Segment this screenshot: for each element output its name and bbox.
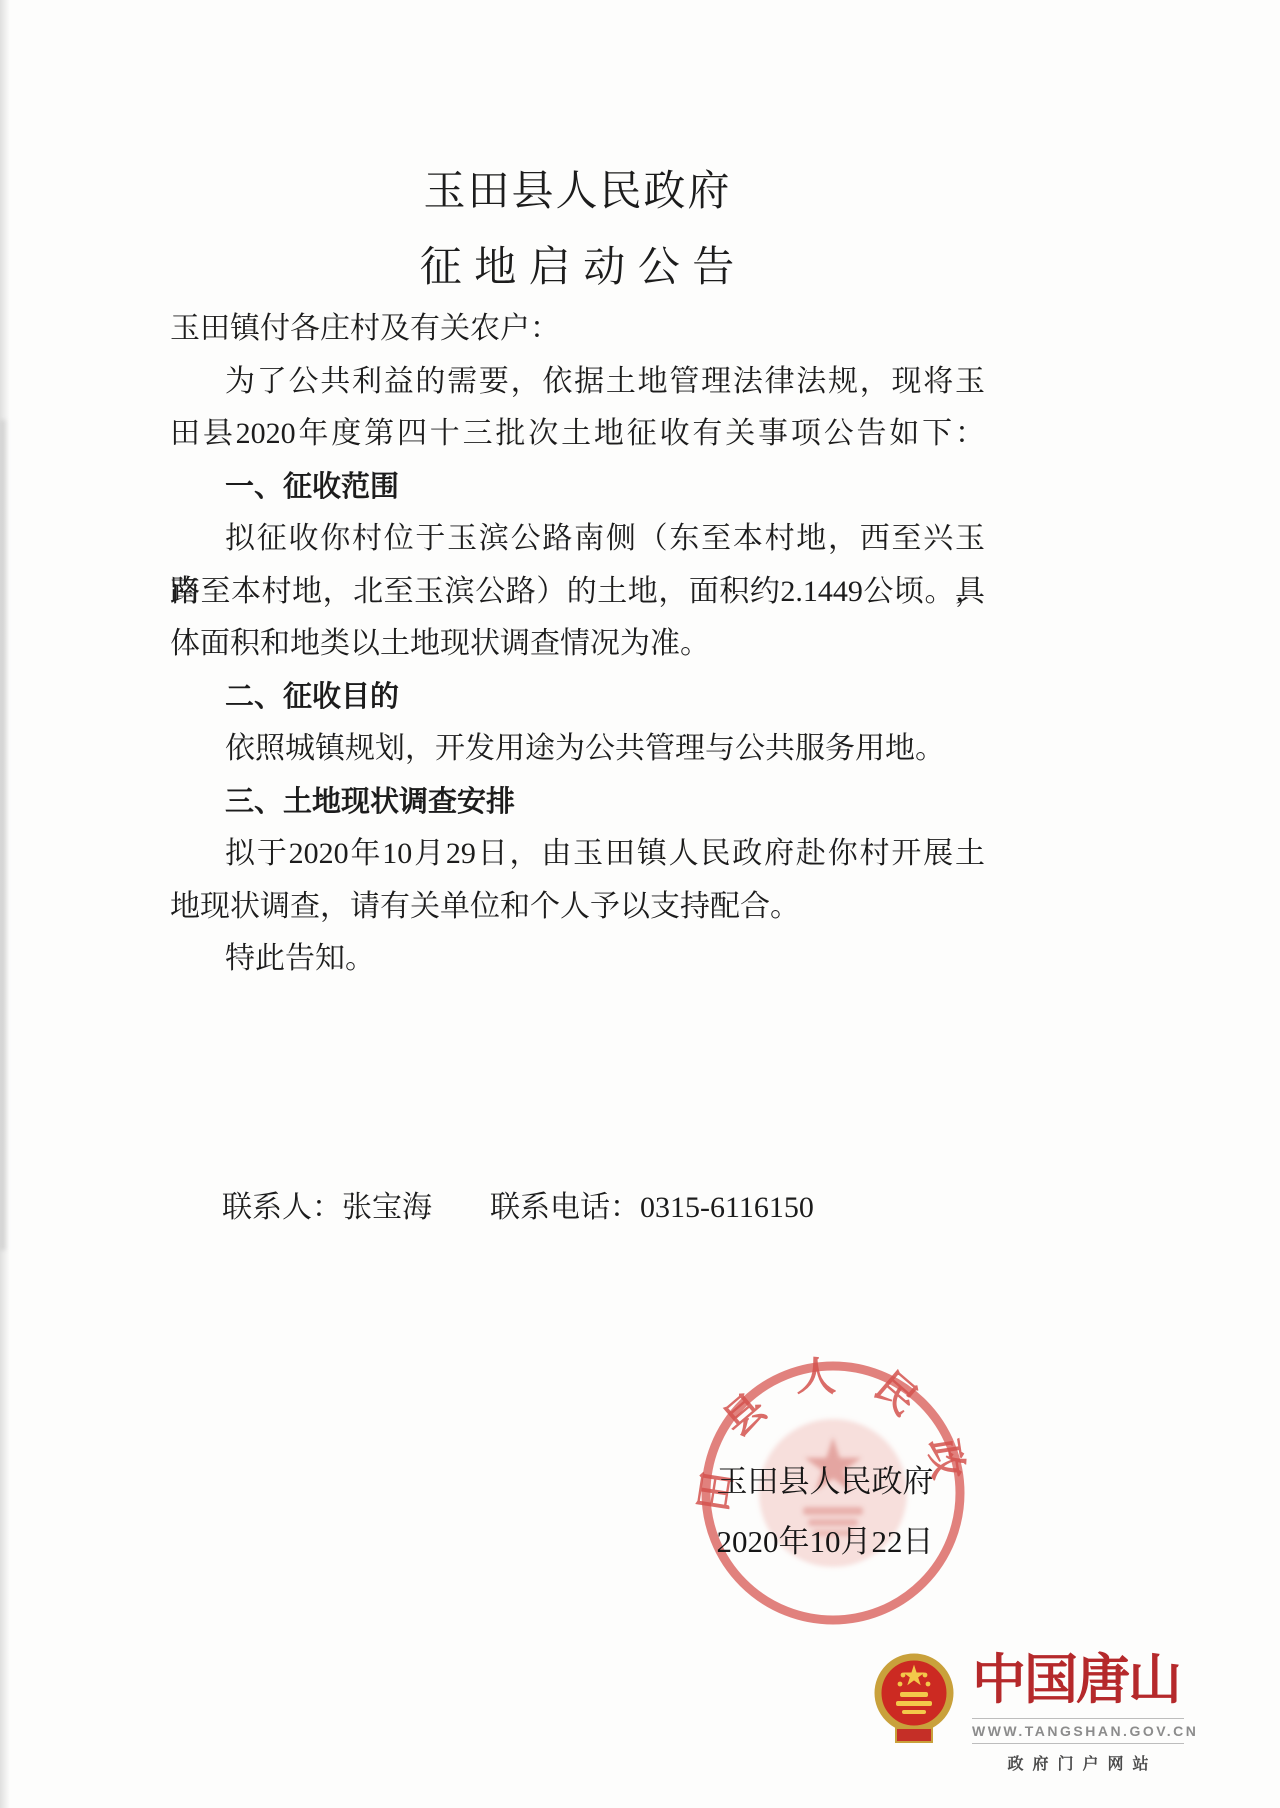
body-line: 二、征收目的 <box>170 671 985 724</box>
footer-brand-name: 中国唐山 <box>972 1650 1184 1710</box>
body-line: 拟于2020年10月29日，由玉田镇人民政府赴你村开展土 <box>170 828 985 881</box>
site-footer-brand: 中国唐山 WWW.TANGSHAN.GOV.CN 政府门户网站 <box>872 1650 1184 1774</box>
signature-date: 2020年10月22日 <box>700 1512 950 1572</box>
announcement-body: 玉田镇付各庄村及有关农户：为了公共利益的需要，依据土地管理法律法规，现将玉田县2… <box>170 303 985 986</box>
body-line: 玉田镇付各庄村及有关农户： <box>170 303 985 356</box>
footer-text-block: 中国唐山 WWW.TANGSHAN.GOV.CN 政府门户网站 <box>972 1650 1184 1774</box>
issuer-title: 玉田县人民政府 <box>170 158 985 218</box>
scanned-announcement-page: 玉田县人民政府 征 地 启 动 公 告 玉田镇付各庄村及有关农户：为了公共利益的… <box>0 0 1280 1808</box>
contact-person-label: 联系人： <box>222 1191 342 1224</box>
body-line: 田县2020年度第四十三批次土地征收有关事项公告如下： <box>170 408 985 461</box>
contact-line: 联系人：张宝海 联系电话：0315-6116150 <box>222 1182 1037 1234</box>
body-line: 体面积和地类以土地现状调查情况为准。 <box>170 618 985 671</box>
scan-smudge <box>0 420 6 1250</box>
body-line: 为了公共利益的需要，依据土地管理法律法规，现将玉 <box>170 356 985 409</box>
body-line: 地现状调查，请有关单位和个人予以支持配合。 <box>170 881 985 934</box>
contact-phone: 联系电话：0315-6116150 <box>490 1182 814 1234</box>
contact-person: 联系人：张宝海 <box>222 1182 432 1234</box>
body-line: 依照城镇规划，开发用途为公共管理与公共服务用地。 <box>170 723 985 776</box>
body-line: 拟征收你村位于玉滨公路南侧（东至本村地，西至兴玉路， <box>170 513 985 566</box>
body-line: 三、土地现状调查安排 <box>170 776 985 829</box>
contact-person-name: 张宝海 <box>342 1191 432 1224</box>
national-emblem-icon <box>872 1650 956 1750</box>
contact-phone-label: 联系电话： <box>490 1191 640 1224</box>
body-line: 一、征收范围 <box>170 461 985 514</box>
body-line: 南至本村地，北至玉滨公路）的土地，面积约2.1449公顷。具 <box>170 566 985 619</box>
signature-block: 玉田县人民政府 2020年10月22日 <box>700 1452 950 1572</box>
footer-site-url: WWW.TANGSHAN.GOV.CN <box>972 1718 1184 1744</box>
body-line: 特此告知。 <box>170 933 985 986</box>
contact-phone-number: 0315-6116150 <box>640 1191 814 1224</box>
announcement-title: 征 地 启 动 公 告 <box>170 234 985 294</box>
footer-tagline: 政府门户网站 <box>972 1751 1184 1774</box>
signature-org: 玉田县人民政府 <box>700 1452 950 1512</box>
document-header: 玉田县人民政府 征 地 启 动 公 告 <box>170 158 985 294</box>
